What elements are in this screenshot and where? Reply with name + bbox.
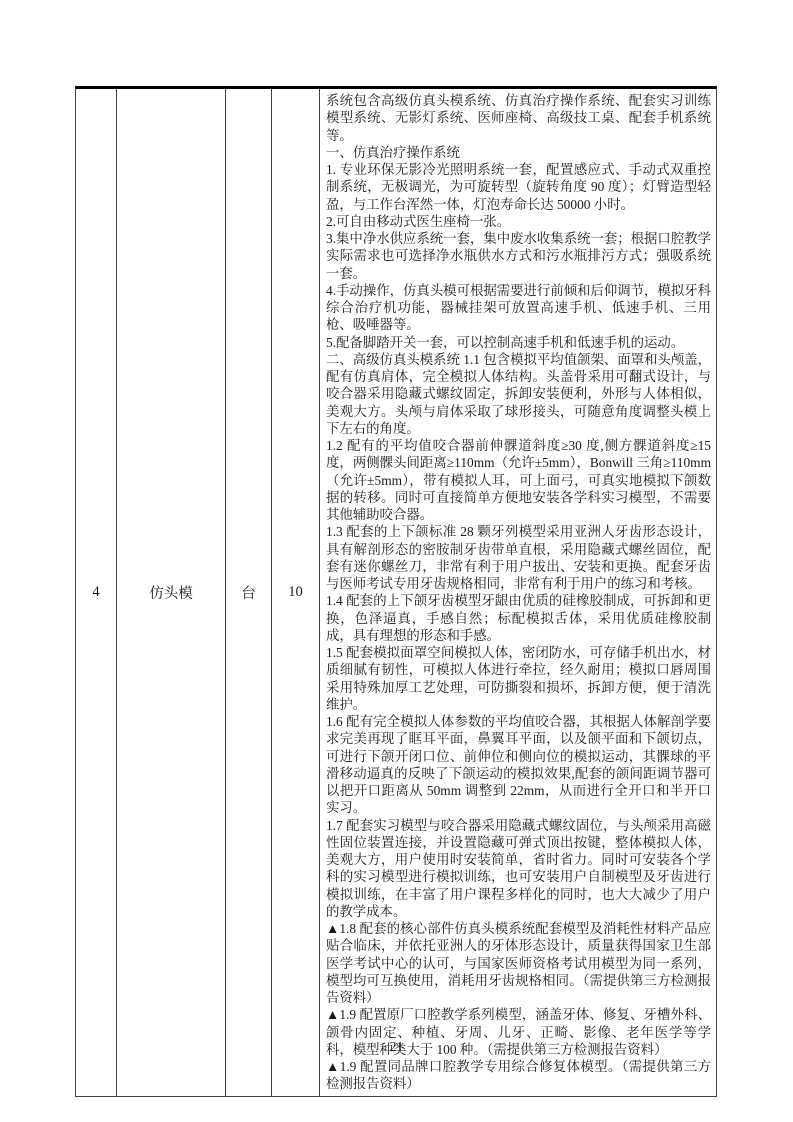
spec-paragraph: 4.手动操作，仿真头模可根据需要进行前倾和后仰调节，模拟牙科综合治疗机功能，器械… [326,282,711,334]
cell-unit: 台 [226,89,272,1096]
spec-paragraph: 1. 专业环保无影冷光照明系统一套，配置感应式、手动式双重控制系统，无极调光，为… [326,161,711,213]
spec-paragraph: 系统包含高级仿真头模系统、仿真治疗操作系统、配套实习训练模型系统、无影灯系统、医… [326,92,711,144]
item-unit: 台 [241,582,256,603]
spec-paragraph: 3.集中净水供应系统一套，集中废水收集系统一套；根据口腔教学实际需求也可选择净水… [326,230,711,282]
item-quantity: 10 [288,584,303,601]
spec-paragraph: 1.3 配套的上下颌标准 28 颗牙列模型采用亚洲人牙齿形态设计，具有解剖形态的… [326,523,711,592]
cell-quantity: 10 [272,89,320,1096]
page-number: 21 [0,1040,793,1056]
spec-paragraph: ▲1.9 配置同品牌口腔教学专用综合修复体模型。（需提供第三方检测报告资料） [326,1058,711,1093]
spec-paragraph: 1.2 配有的平均值咬合器前伸髁道斜度≥30 度,侧方髁道斜度≥15度，两侧髁头… [326,437,711,523]
equipment-spec-table: 4 仿头模 台 10 系统包含高级仿真头模系统、仿真治疗操作系统、配套实习训练模… [75,86,717,1097]
spec-paragraph: 2.可自由移动式医生座椅一张。 [326,213,711,230]
spec-paragraph: 一、仿真治疗操作系统 [326,144,711,161]
cell-item-number: 4 [76,89,117,1096]
document-page: 4 仿头模 台 10 系统包含高级仿真头模系统、仿真治疗操作系统、配套实习训练模… [0,0,793,1122]
spec-paragraph: 1.5 配套模拟面罩空间模拟人体，密闭防水，可存储手机出水，材质细腻有韧性，可模… [326,644,711,713]
spec-paragraph: 1.4 配套的上下颌牙齿模型牙龈由优质的硅橡胶制成，可拆卸和更换，色泽逼真，手感… [326,592,711,644]
cell-specifications: 系统包含高级仿真头模系统、仿真治疗操作系统、配套实习训练模型系统、无影灯系统、医… [320,89,716,1096]
spec-paragraph: 5.配备脚踏开关一套，可以控制高速手机和低速手机的运动。 [326,334,711,351]
item-number: 4 [92,584,99,601]
cell-item-name: 仿头模 [117,89,226,1096]
spec-paragraph: 1.6 配有完全模拟人体参数的平均值咬合器，其根据人体解剖学要求完美再现了眶耳平… [326,713,711,817]
spec-paragraph: 1.7 配套实习模型与咬合器采用隐藏式螺纹固位，与头颅采用高磁性固位装置连接，并… [326,817,711,921]
spec-paragraph: 二、高级仿真头模系统 1.1 包含模拟平均值颌架、面罩和头颅盖，配有仿真肩体，完… [326,351,711,437]
item-name: 仿头模 [149,582,193,603]
specifications-text: 系统包含高级仿真头模系统、仿真治疗操作系统、配套实习训练模型系统、无影灯系统、医… [326,92,711,1093]
spec-paragraph: ▲1.8 配套的核心部件仿真头模系统配套模型及消耗性材料产品应贴合临床，并依托亚… [326,920,711,1006]
